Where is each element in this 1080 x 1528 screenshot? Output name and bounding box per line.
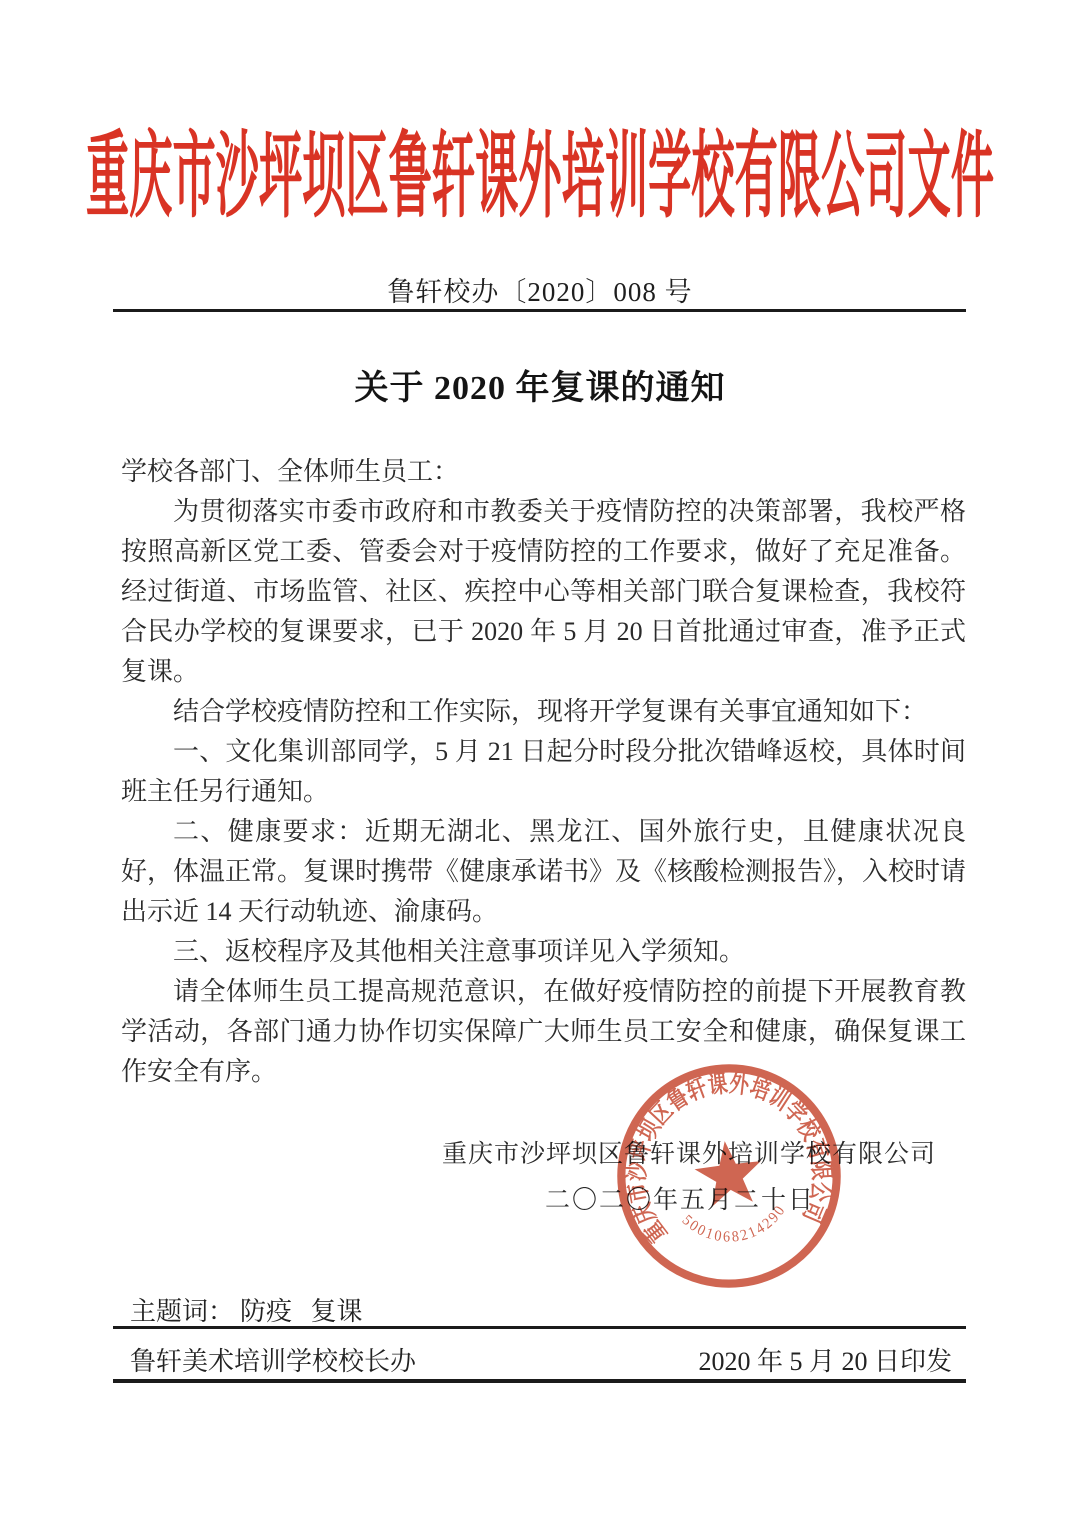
subject-terms: 防疫 复课 [240, 1297, 363, 1326]
letterhead: 重庆市沙坪坝区鲁轩课外培训学校有限公司文件 [0, 126, 1080, 229]
paragraph-4: 二、健康要求：近期无湖北、黑龙江、国外旅行史，且健康状况良好，体温正常。复课时携… [121, 812, 966, 932]
signature-date: 二〇二〇年五月二十日 [545, 1180, 815, 1216]
paragraph-5: 三、返校程序及其他相关注意事项详见入学须知。 [121, 932, 966, 972]
footer-divider-top [113, 1326, 966, 1329]
paragraph-2: 结合学校疫情防控和工作实际，现将开学复课有关事宜通知如下： [121, 692, 966, 732]
header-divider [113, 309, 966, 312]
salutation: 学校各部门、全体师生员工： [121, 452, 966, 492]
subject-label: 主题词： [130, 1297, 234, 1326]
official-seal-stamp-icon: 重庆市沙坪坝区鲁轩课外培训学校有限公司 5001068214290 [612, 1059, 846, 1293]
doc-number: 鲁轩校办〔2020〕008 号 [0, 270, 1080, 309]
footer-print-date: 2020 年 5 月 20 日印发 [698, 1341, 952, 1378]
paragraph-3: 一、文化集训部同学，5 月 21 日起分时段分批次错峰返校，具体时间班主任另行通… [121, 732, 966, 812]
official-document-page: 重庆市沙坪坝区鲁轩课外培训学校有限公司文件 鲁轩校办〔2020〕008 号 关于… [0, 0, 1080, 1528]
signature-company: 重庆市沙坪坝区鲁轩课外培训学校有限公司 [442, 1134, 936, 1170]
paragraph-6: 请全体师生员工提高规范意识，在做好疫情防控的前提下开展教育教学活动，各部门通力协… [121, 972, 966, 1092]
paragraph-1: 为贯彻落实市委市政府和市教委关于疫情防控的决策部署，我校严格按照高新区党工委、管… [121, 492, 966, 692]
footer-issuer: 鲁轩美术培训学校校长办 [130, 1341, 416, 1378]
notice-body: 学校各部门、全体师生员工： 为贯彻落实市委市政府和市教委关于疫情防控的决策部署，… [121, 452, 966, 1092]
footer-divider-bottom [113, 1379, 966, 1383]
footer-row: 鲁轩美术培训学校校长办 2020 年 5 月 20 日印发 [130, 1341, 952, 1378]
subject-line: 主题词：防疫 复课 [130, 1291, 363, 1328]
seal-ring [612, 1059, 846, 1293]
letterhead-title: 重庆市沙坪坝区鲁轩课外培训学校有限公司文件 [86, 126, 994, 229]
notice-title: 关于 2020 年复课的通知 [0, 360, 1080, 409]
